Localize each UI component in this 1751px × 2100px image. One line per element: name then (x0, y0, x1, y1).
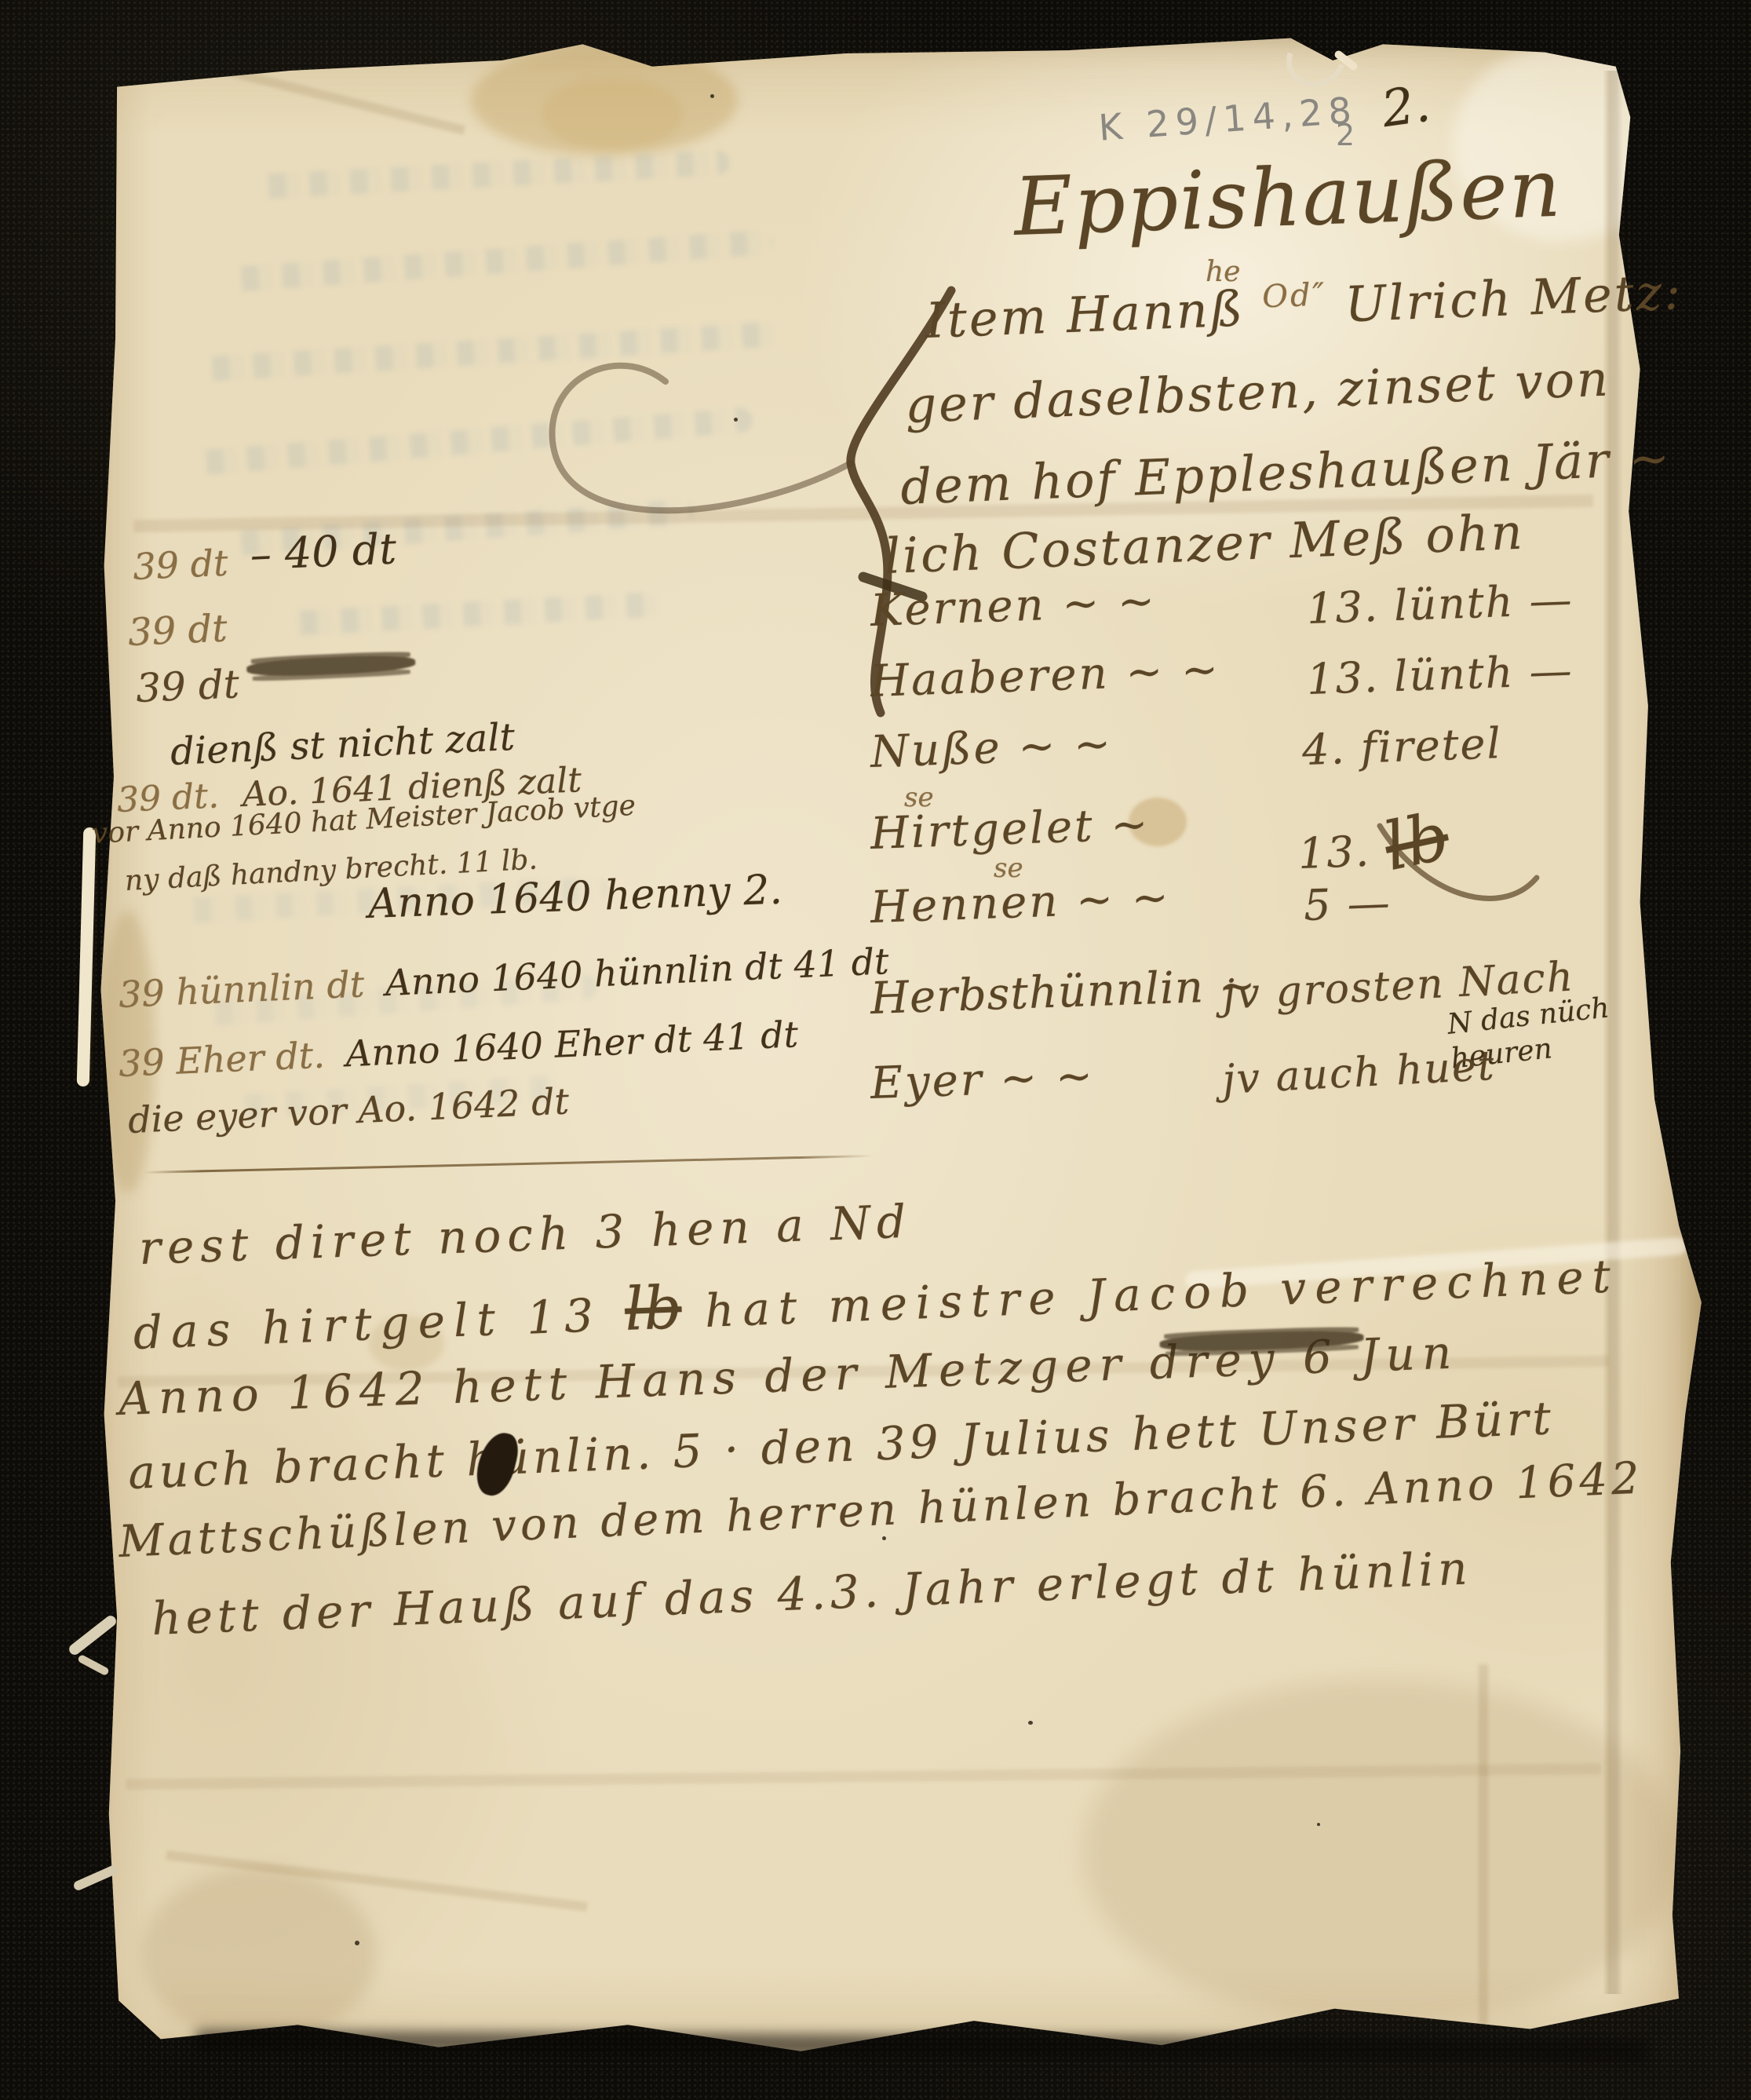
page-number-pencil: 2 (1336, 118, 1355, 152)
margin-note-2: 39 dt (127, 606, 228, 654)
margin-note-1-light: 39 dt (132, 542, 228, 588)
speck (734, 418, 738, 422)
intro-line-1-superscript: Od″ (1261, 276, 1327, 315)
margin-note-3-text: 39 dt (135, 661, 240, 711)
margin-note-3: 39 dt (135, 661, 240, 711)
dues-item: Hennen ~ ~ (870, 872, 1172, 933)
note-line-3-text-cont: drey 6 Jun (1148, 1325, 1459, 1390)
stain (471, 46, 738, 155)
binding-thread (77, 1654, 110, 1677)
bleedthrough-line (196, 407, 753, 476)
bleedthrough-line (290, 592, 659, 637)
intro-line-1-text-cont: Ulrich Metz: (1344, 263, 1684, 333)
speck (710, 94, 714, 98)
page-title: Eppishaußen (1012, 142, 1563, 254)
pound-symbol: lb (1377, 797, 1455, 886)
manuscript-scan: K 29/14,28 2 2. Eppishaußen he Item Hann… (0, 0, 1751, 2100)
stain (141, 1868, 377, 2041)
dues-amount: 4. firetel (1301, 718, 1503, 775)
bleedthrough-line (232, 229, 774, 292)
dues-amount: 13. lünth — (1306, 575, 1574, 634)
speck (882, 1536, 886, 1540)
dues-amount: 13. lb (1297, 802, 1450, 884)
dues-item: Kernen ~ ~ (870, 575, 1158, 637)
bleedthrough-line (202, 322, 776, 382)
dues-amount: 13. lünth — (1306, 645, 1574, 704)
speck (355, 1941, 359, 1945)
dues-amount-number: 13. (1297, 827, 1371, 878)
fold-crease (136, 44, 465, 135)
fold-crease (126, 1763, 1601, 1790)
intro-line-1-text: Item Hannß (925, 279, 1246, 349)
dues-amount: 5 — (1303, 878, 1392, 930)
margin-note-10-light: 39 Eher dt. (118, 1034, 326, 1085)
bleedthrough-line (259, 149, 731, 199)
speck (1317, 1823, 1320, 1826)
stain (1083, 1680, 1680, 2025)
dues-item: Eyer ~ ~ (870, 1050, 1096, 1109)
pound-symbol: lb (623, 1273, 683, 1344)
dues-item: Hirtgelet ~ (870, 799, 1151, 860)
fold-crease (166, 1850, 587, 1912)
margin-note-1-dark: – 40 dt (249, 524, 397, 579)
page-number-ink: 2. (1378, 75, 1434, 140)
dues-item: Nuße ~ ~ (870, 718, 1114, 778)
fold-crease (1479, 1664, 1488, 2025)
paper-sliver (77, 827, 97, 1087)
stain (542, 79, 683, 149)
binding-thread (67, 1613, 118, 1656)
speck (1028, 1721, 1033, 1725)
